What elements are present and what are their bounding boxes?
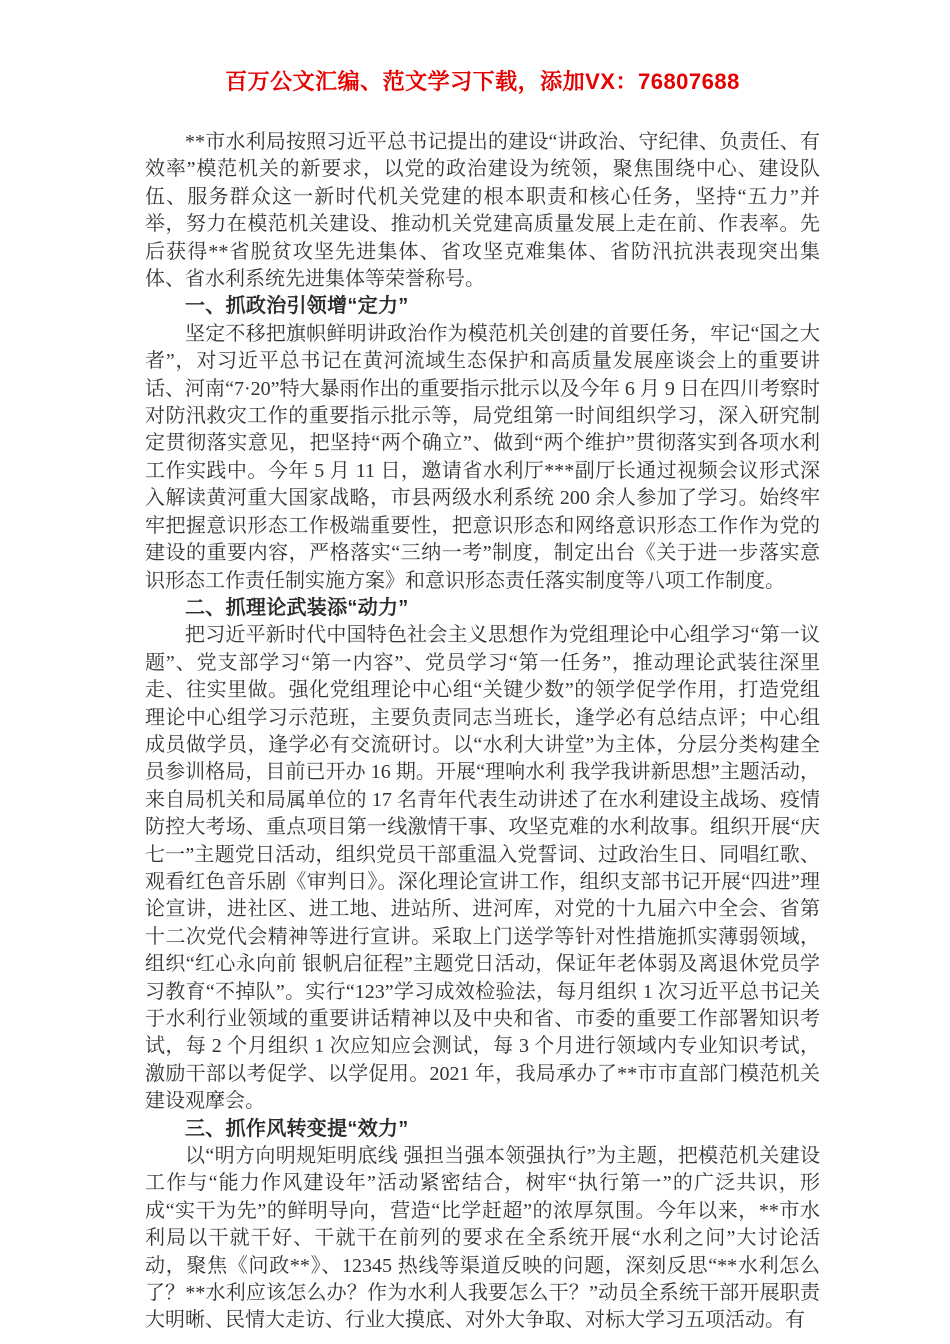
section-heading-2: 二、抓理论武装添“动力” [145, 595, 820, 622]
intro-paragraph: **市水利局按照习近平总书记提出的建设“讲政治、守纪律、负责任、有效率”模范机关… [145, 129, 820, 293]
section-2-paragraph: 把习近平新时代中国特色社会主义思想作为党组理论中心组学习“第一议题”、党支部学习… [145, 622, 820, 1115]
promo-banner-text: 百万公文汇编、范文学习下载，添加VX：76807688 [145, 68, 820, 96]
section-1-paragraph: 坚定不移把旗帜鲜明讲政治作为模范机关创建的首要任务，牢记“国之大者”，对习近平总… [145, 321, 820, 595]
document-page: 百万公文汇编、范文学习下载，添加VX：76807688 **市水利局按照习近平总… [0, 0, 950, 1344]
section-3-paragraph: 以“明方向明规矩明底线 强担当强本领强执行”为主题，把模范机关建设工作与“能力作… [145, 1143, 820, 1335]
section-heading-3: 三、抓作风转变提“效力” [145, 1116, 820, 1143]
document-body: **市水利局按照习近平总书记提出的建设“讲政治、守纪律、负责任、有效率”模范机关… [145, 129, 820, 1335]
section-heading-1: 一、抓政治引领增“定力” [145, 293, 820, 320]
